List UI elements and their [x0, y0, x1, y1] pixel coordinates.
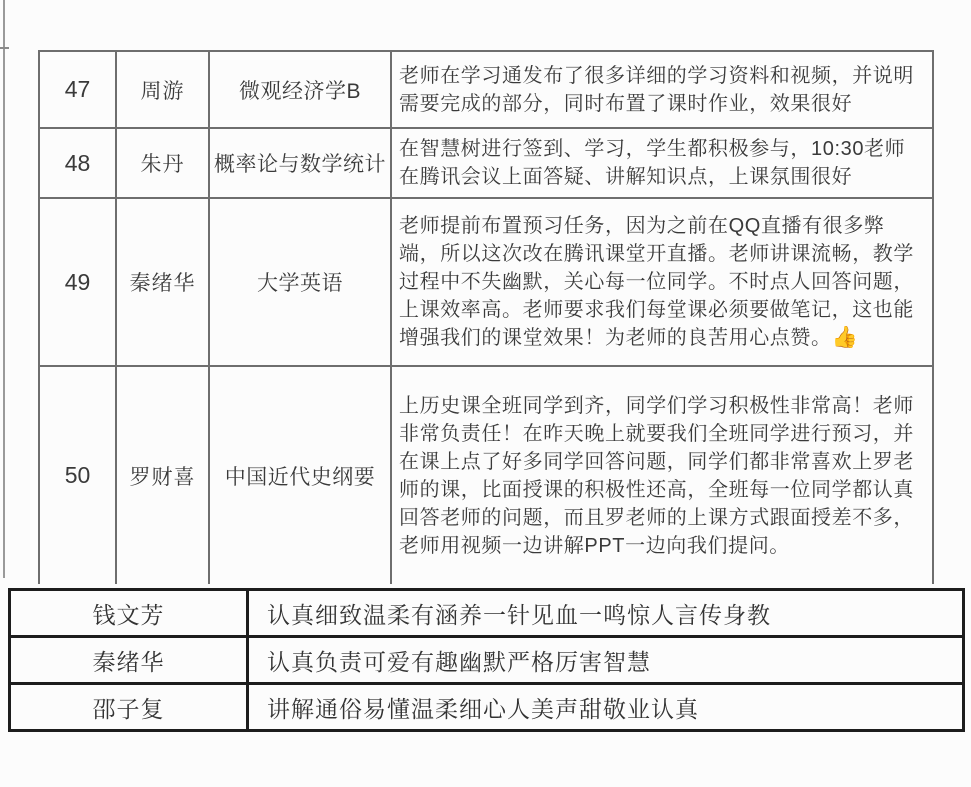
course-name: 微观经济学B	[209, 51, 391, 128]
teacher-name: 邵子复	[10, 684, 248, 731]
row-number: 47	[39, 51, 116, 128]
teacher-name: 钱文芳	[10, 590, 248, 637]
teacher-trait-table: 钱文芳 认真细致温柔有涵养一针见血一鸣惊人言传身教 秦绪华 认真负责可爱有趣幽默…	[8, 588, 965, 732]
student-name: 罗财喜	[116, 366, 209, 584]
table-row: 秦绪华 认真负责可爱有趣幽默严格厉害智慧	[10, 637, 964, 684]
review-comment: 上历史课全班同学到齐，同学们学习积极性非常高！老师非常负责任！在昨天晚上就要我们…	[391, 366, 933, 584]
review-comment: 在智慧树进行签到、学习，学生都积极参与，10:30老师在腾讯会议上面答疑、讲解知…	[391, 128, 933, 198]
teacher-description: 认真负责可爱有趣幽默严格厉害智慧	[248, 637, 964, 684]
course-name: 中国近代史纲要	[209, 366, 391, 584]
student-name: 秦绪华	[116, 198, 209, 366]
thumbs-up-icon: 👍	[832, 326, 858, 349]
student-name: 朱丹	[116, 128, 209, 198]
table-row: 钱文芳 认真细致温柔有涵养一针见血一鸣惊人言传身教	[10, 590, 964, 637]
row-number: 49	[39, 198, 116, 366]
course-name: 大学英语	[209, 198, 391, 366]
table-row: 48 朱丹 概率论与数学统计 在智慧树进行签到、学习，学生都积极参与，10:30…	[39, 128, 933, 198]
scanned-document-page: 47 周游 微观经济学B 老师在学习通发布了很多详细的学习资料和视频，并说明需要…	[0, 0, 971, 787]
review-comment: 老师在学习通发布了很多详细的学习资料和视频，并说明需要完成的部分，同时布置了课时…	[391, 51, 933, 128]
left-crop-border-line	[3, 0, 5, 578]
course-review-table: 47 周游 微观经济学B 老师在学习通发布了很多详细的学习资料和视频，并说明需要…	[38, 50, 934, 584]
table-row: 49 秦绪华 大学英语 老师提前布置预习任务，因为之前在QQ直播有很多弊端，所以…	[39, 198, 933, 366]
row-number: 50	[39, 366, 116, 584]
teacher-description: 讲解通俗易懂温柔细心人美声甜敬业认真	[248, 684, 964, 731]
teacher-description: 认真细致温柔有涵养一针见血一鸣惊人言传身教	[248, 590, 964, 637]
left-crop-divider-stub	[0, 47, 9, 49]
course-name: 概率论与数学统计	[209, 128, 391, 198]
table-row: 47 周游 微观经济学B 老师在学习通发布了很多详细的学习资料和视频，并说明需要…	[39, 51, 933, 128]
table-row: 邵子复 讲解通俗易懂温柔细心人美声甜敬业认真	[10, 684, 964, 731]
table-row: 50 罗财喜 中国近代史纲要 上历史课全班同学到齐，同学们学习积极性非常高！老师…	[39, 366, 933, 584]
student-name: 周游	[116, 51, 209, 128]
review-comment: 老师提前布置预习任务，因为之前在QQ直播有很多弊端，所以这次改在腾讯课堂开直播。…	[391, 198, 933, 366]
teacher-name: 秦绪华	[10, 637, 248, 684]
row-number: 48	[39, 128, 116, 198]
